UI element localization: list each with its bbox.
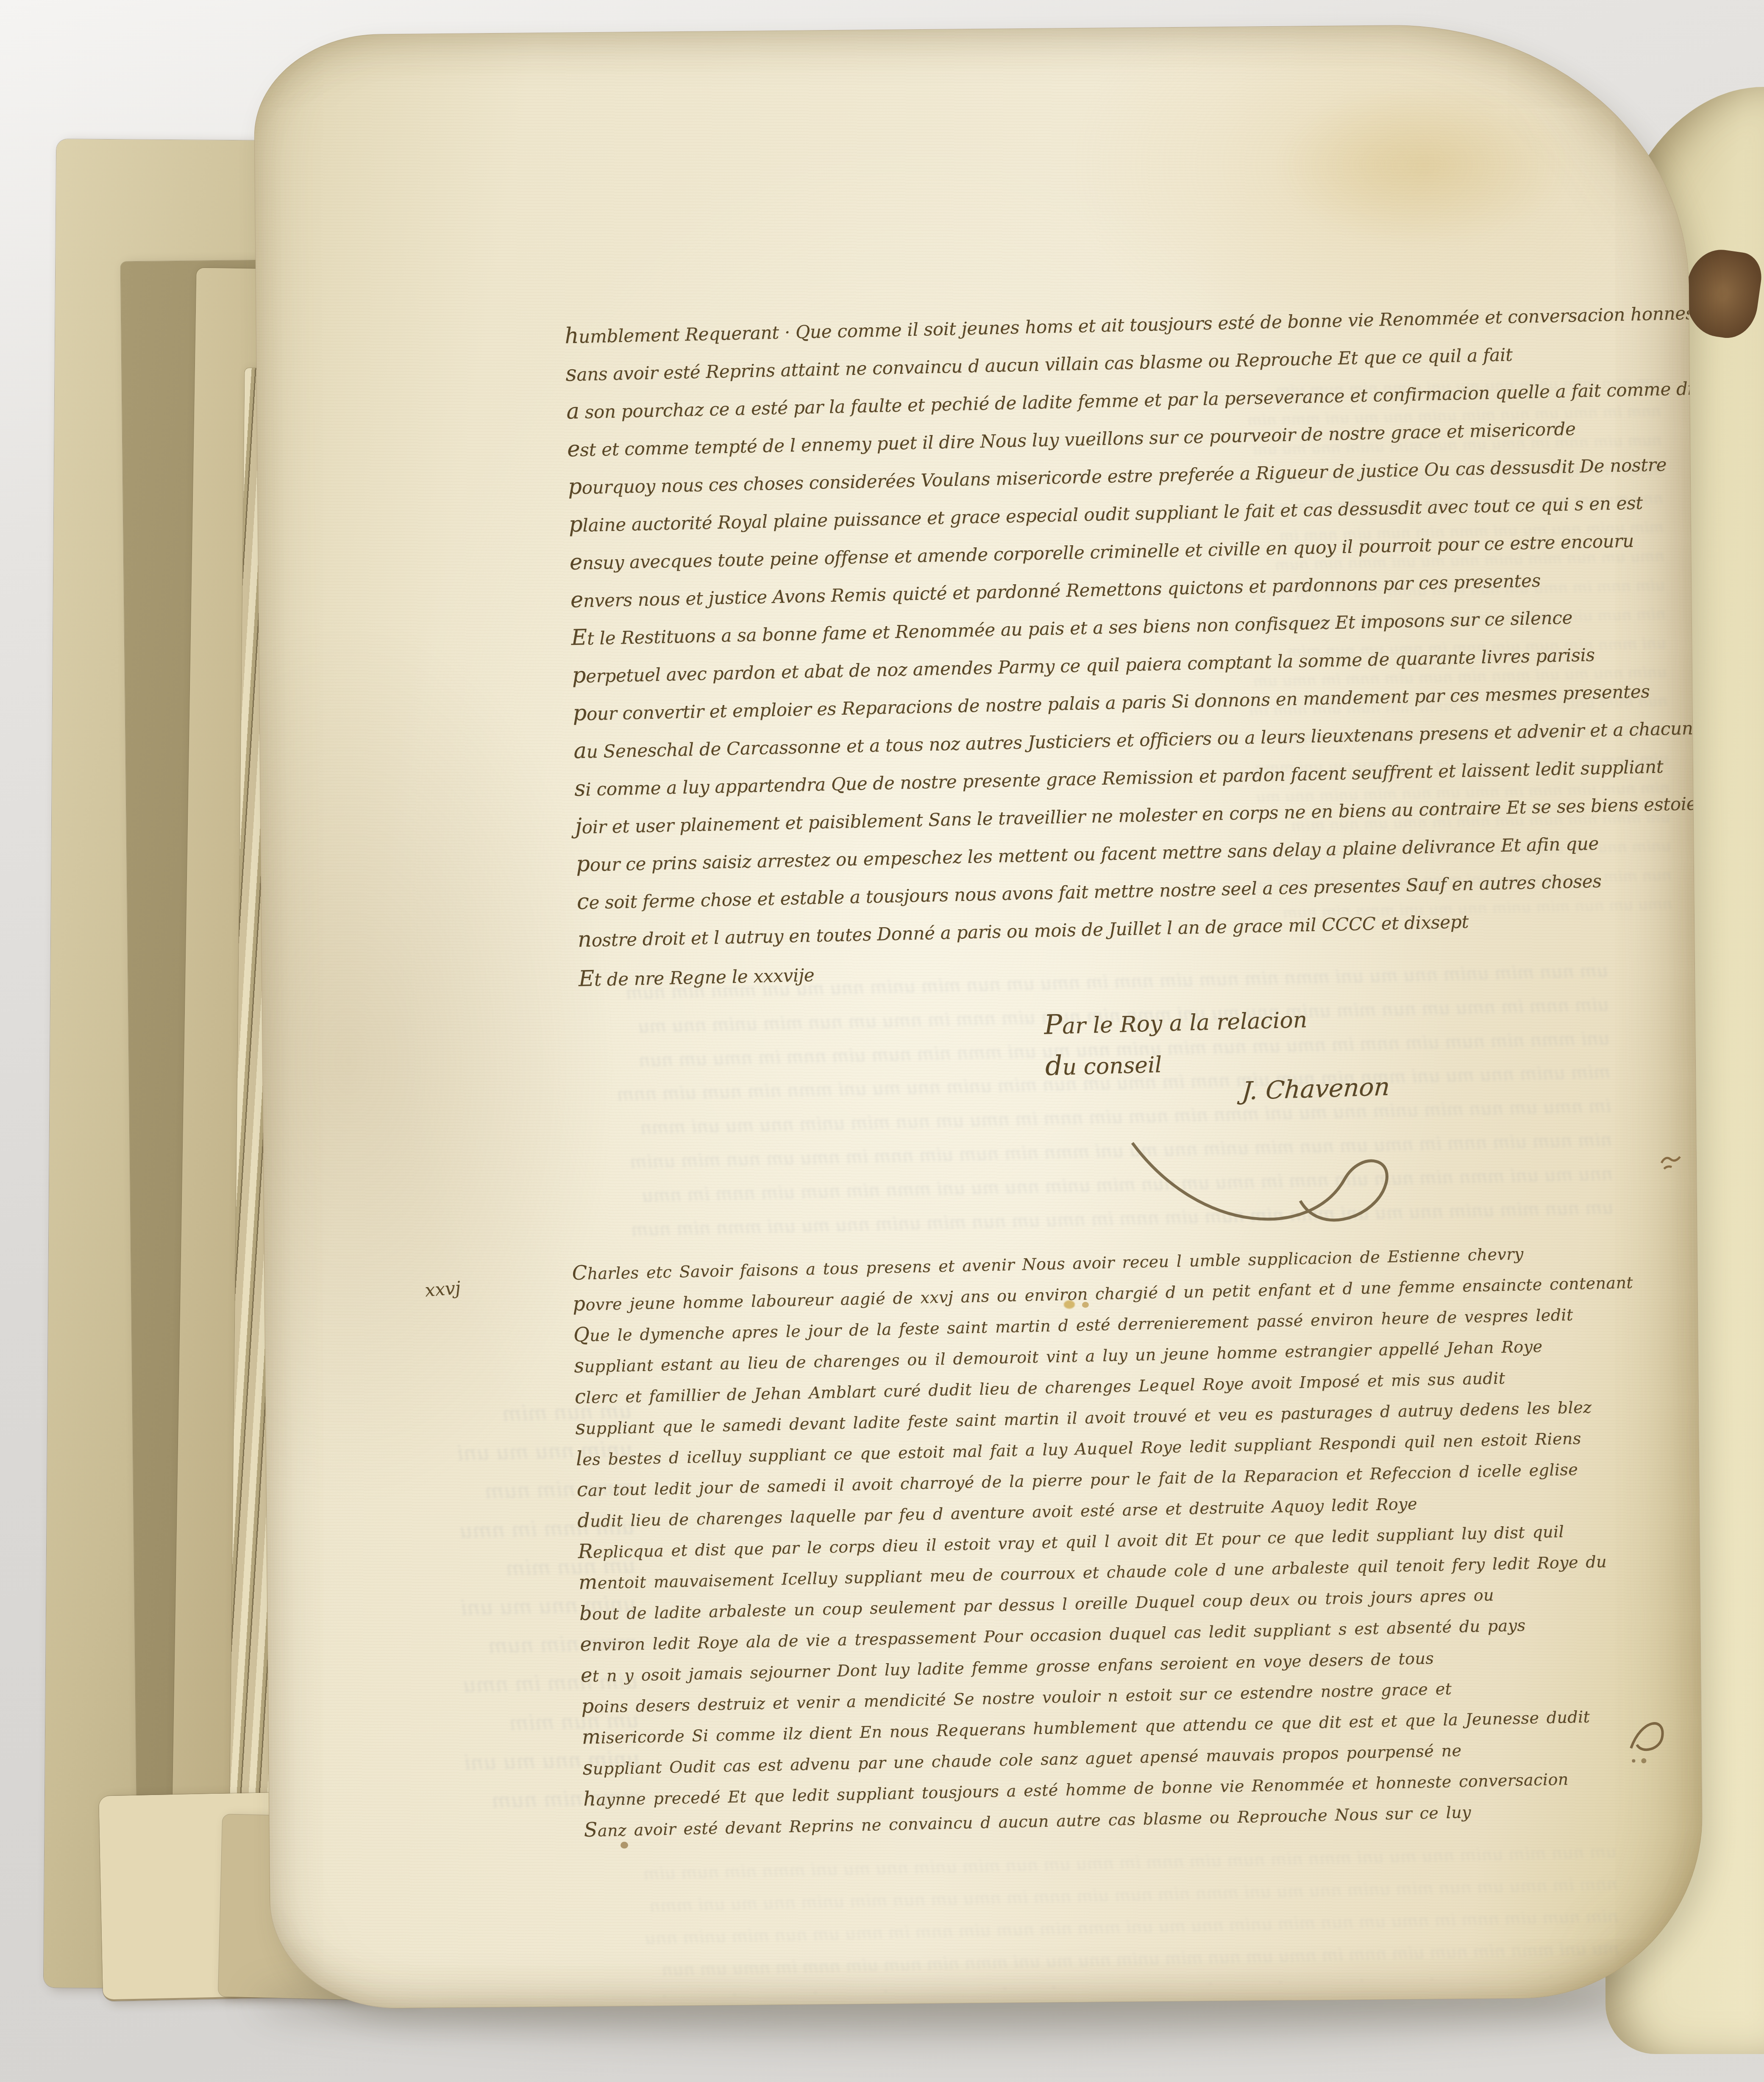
act2-text-block: Charles etc Savoir faisons a tous presen… <box>572 1235 1644 1846</box>
ink-speck <box>620 1842 628 1848</box>
manuscript-line: povre jeune homme laboureur aagié de xxv… <box>572 1266 1633 1320</box>
show-through-text: um nun mim unim nnu mu uni mmn nim num u… <box>1241 368 1672 920</box>
clerk-signature: J. Chavenon <box>1241 1072 1391 1106</box>
show-through-text: um nun mim unim nnu mu uni mmn nim num u… <box>642 1836 1619 1998</box>
manuscript-page: um nun mim unim nnu mu uni mmn nim num u… <box>253 22 1704 2009</box>
manuscript-line: nostre droit et l autruy en toutes Donné… <box>577 896 1704 959</box>
subscription-line: Par le Roy a la relacion <box>1043 998 1308 1046</box>
margin-note: xxvj <box>424 1277 462 1301</box>
manuscript-line: humblement Requerant · Que comme il soit… <box>565 293 1704 355</box>
manuscript-line: suppliant estant au lieu de charenges ou… <box>574 1328 1635 1382</box>
manuscript-line: sans avoir esté Reprins attaint ne conva… <box>565 330 1704 393</box>
manuscript-line: les bestes d icelluy suppliant ce que es… <box>576 1421 1636 1474</box>
wax-spot <box>1082 1302 1089 1308</box>
show-through-text: um nun mim unim nnu mu uni mmn nim num u… <box>612 954 1614 1248</box>
manuscript-line: a son pourchaz ce a esté par la faulte e… <box>566 368 1704 431</box>
royal-subscription: Par le Roy a la relacion du conseil <box>1043 998 1309 1087</box>
manuscript-line: car tout ledit jour de samedi il avoit c… <box>576 1452 1637 1505</box>
manuscript-line: haynne precedé Et que ledit suppliant to… <box>583 1761 1644 1815</box>
manuscript-line: Sanz avoir esté devant Reprins ne convai… <box>584 1792 1644 1846</box>
manuscript-line: ensuy avecques toute peine offense et am… <box>569 519 1704 582</box>
manuscript-line: Et le Restituons a sa bonne fame et Reno… <box>571 594 1704 657</box>
manuscript-line: poins desers destruiz et venir a mendici… <box>581 1669 1642 1722</box>
manuscript-line: Que le dymenche apres le jour de la fest… <box>573 1297 1634 1351</box>
wax-spot <box>1064 1300 1075 1309</box>
manuscript-line: et n y osoit jamais sejourner Dont luy l… <box>580 1638 1641 1691</box>
manuscript-line: Replicqua et dist que par le corps dieu … <box>578 1514 1639 1567</box>
act1-text-block: humblement Requerant · Que comme il soit… <box>565 293 1704 998</box>
manuscript-line: pour convertir et emploier es Reparacion… <box>573 670 1704 733</box>
manuscript-line: si comme a luy appartendra Que de nostre… <box>574 745 1704 808</box>
manuscript-line: suppliant Oudit cas est advenu par une c… <box>582 1731 1643 1784</box>
manuscript-line: environ ledit Roye ala de vie a trespass… <box>580 1607 1641 1660</box>
manuscript-photo: um nun mim unim nnu mu uni mmn nim num u… <box>0 0 1764 2082</box>
regnal-year-line: Et de nre Regne le xxxvije <box>578 936 1704 998</box>
paraph-mark <box>1625 1715 1676 1766</box>
manuscript-line: perpetuel avec pardon et abat de noz ame… <box>572 632 1704 695</box>
show-through-text: um nun mim unim nnu mu uni mmn nim num u… <box>449 1392 641 1820</box>
manuscript-line: misericorde Si comme ilz dient En nous R… <box>582 1700 1642 1753</box>
margin-squiggle-mark <box>1658 1147 1684 1173</box>
manuscript-line: Charles etc Savoir faisons a tous presen… <box>572 1235 1633 1289</box>
manuscript-line: joir et user plainement et paisiblement … <box>575 783 1704 846</box>
manuscript-line: est et comme tempté de l ennemy puet il … <box>567 406 1704 468</box>
parchment-stain <box>1263 75 1587 256</box>
ink-speck <box>1641 1758 1646 1763</box>
manuscript-line: plaine auctorité Royal plaine puissance … <box>568 481 1704 544</box>
manuscript-line: ce soit ferme chose et estable a tousjou… <box>576 858 1704 921</box>
manuscript-line: envers nous et justice Avons Remis quict… <box>570 557 1704 619</box>
manuscript-line: dudit lieu de charenges laquelle par feu… <box>577 1483 1638 1536</box>
manuscript-line: mentoit mauvaisement Icelluy suppliant m… <box>578 1545 1639 1598</box>
manuscript-line: bout de ladite arbaleste un coup seuleme… <box>579 1576 1640 1629</box>
manuscript-line: au Seneschal de Carcassonne et a tous no… <box>573 708 1704 770</box>
manuscript-line: pourquoy nous ces choses considerées Vou… <box>568 443 1704 506</box>
manuscript-line: pour ce prins saisiz arrestez ou empesch… <box>576 821 1704 884</box>
subscription-line: du conseil <box>1045 1040 1309 1087</box>
manuscript-line: clerc et famillier de Jehan Amblart curé… <box>574 1359 1635 1413</box>
manuscript-line: suppliant que le samedi devant ladite fe… <box>575 1390 1636 1444</box>
signature-flourish <box>1107 1128 1430 1258</box>
